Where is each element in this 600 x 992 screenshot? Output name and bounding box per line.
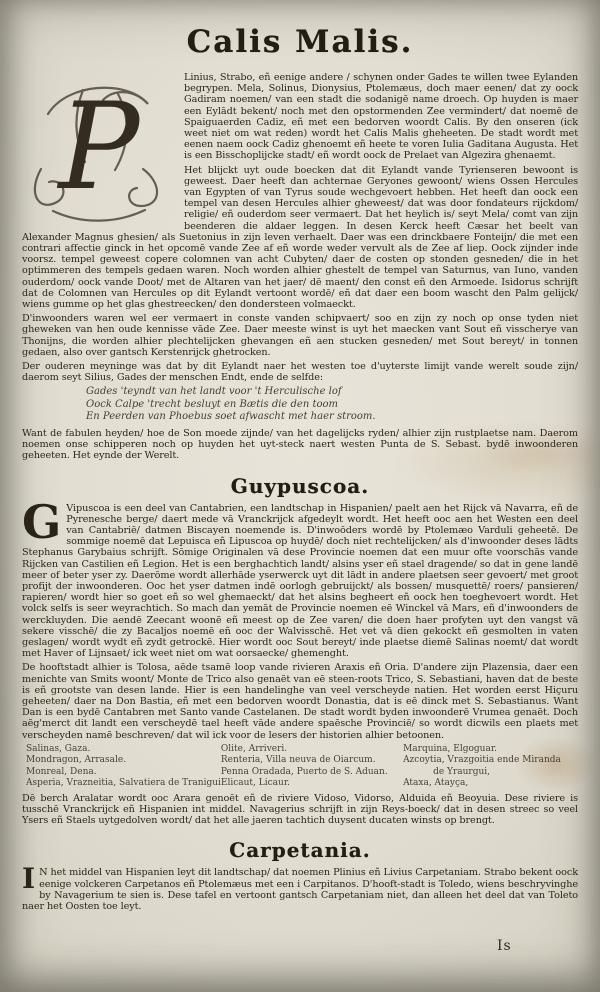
- place-name-line: de Yraurgui,: [403, 767, 585, 779]
- place-name-line: Azcoytia, Vrazgoitia ende Miranda: [403, 755, 585, 767]
- paragraph-carpetania-1: N het middel van Hispanien leyt dit land…: [22, 867, 578, 912]
- verse-line: Gades 'teyndt van het landt voor 't Herc…: [86, 386, 578, 399]
- paragraph-calis-5: Want de fabulen heyden/ hoe de Son moede…: [22, 428, 578, 462]
- section-carpetania: I N het middel van Hispanien leyt dit la…: [22, 867, 578, 915]
- book-page-photo: Calis Malis. P Linius, Strabo, eñ eenige…: [0, 0, 600, 992]
- place-name-line: Olite, Arriveri.: [221, 744, 403, 756]
- gathering-signature-mark: Is: [497, 938, 512, 954]
- paragraph-calis-3: D'inwoonders waren wel eer vermaert in c…: [22, 313, 578, 358]
- place-name-line: Mondragon, Arrasale.: [26, 755, 221, 767]
- place-name-line: Monreal, Dena.: [26, 767, 221, 779]
- place-name-line: Ataxa, Atayça,: [403, 778, 585, 790]
- section-calis-malis: P Linius, Strabo, eñ eenige andere / sch…: [22, 72, 578, 465]
- verse-quote: Gades 'teyndt van het landt voor 't Herc…: [86, 386, 578, 424]
- place-column-1: Salinas, Gaza. Mondragon, Arrasale. Monr…: [26, 744, 221, 790]
- place-name-line: Elicaut, Licaur.: [221, 778, 403, 790]
- place-name-line: Asperia, Vrazneitia, Salvatiera de Trani…: [26, 778, 221, 790]
- place-name-table: Salinas, Gaza. Mondragon, Arrasale. Monr…: [26, 744, 578, 790]
- calligraphic-flourish-icon: P: [22, 74, 174, 224]
- place-column-3: Marquina, Elgoguar. Azcoytia, Vrazgoitia…: [403, 744, 585, 790]
- section-guypuscoa: G Vipuscoa is een deel van Cantabrien, e…: [22, 503, 578, 830]
- verse-line: En Peerden van Phoebus soet afwascht met…: [86, 411, 578, 424]
- place-name-line: Salinas, Gaza.: [26, 744, 221, 756]
- paragraph-calis-4: Der ouderen meyninge was dat by dit Eyla…: [22, 361, 578, 383]
- section-heading-carpetania: Carpetania.: [22, 838, 578, 862]
- paragraph-guypuscoa-1: Vipuscoa is een deel van Cantabrien, een…: [22, 503, 578, 660]
- place-name-line: Marquina, Elgoguar.: [403, 744, 585, 756]
- paragraph-guypuscoa-3: Dē berch Aralatar wordt ooc Arara genoēt…: [22, 793, 578, 827]
- section-heading-guypuscoa: Guypuscoa.: [22, 474, 578, 498]
- ornate-initial-p: P: [22, 74, 174, 224]
- place-name-line: Renteria, Villa neuva de Oiarcum.: [221, 755, 403, 767]
- text-block: Calis Malis. P Linius, Strabo, eñ eenige…: [0, 0, 600, 915]
- place-name-line: Penna Oradada, Puerto de S. Aduan.: [221, 767, 403, 779]
- page-title: Calis Malis.: [22, 0, 578, 60]
- verse-line: Oock Calpe 'trecht besluyt en Bætis die …: [86, 399, 578, 412]
- place-column-2: Olite, Arriveri. Renteria, Villa neuva d…: [221, 744, 403, 790]
- paragraph-guypuscoa-2: De hooftstadt alhier is Tolosa, aēde tsa…: [22, 662, 578, 740]
- svg-text:P: P: [57, 78, 142, 217]
- drop-cap-g: G: [22, 504, 61, 540]
- drop-cap-i: I: [22, 868, 35, 890]
